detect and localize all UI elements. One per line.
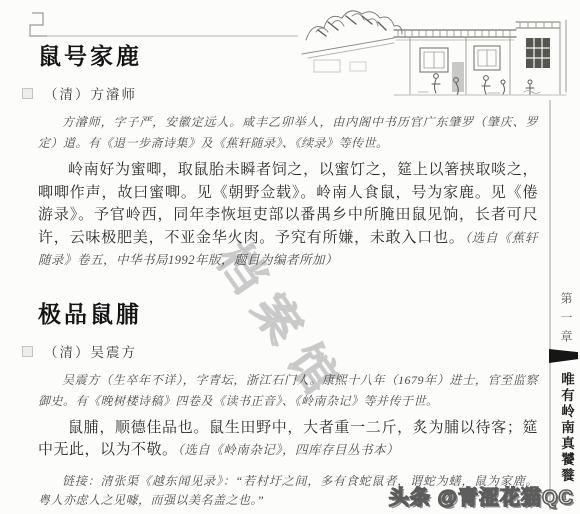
author-name-1: （清）方濬师 — [44, 87, 137, 102]
section-body-2: 鼠脯，顺德佳品也。鼠生田野中，大者重一二斤，炙为脯以待客；筵中无此，以为不敬。（… — [38, 417, 538, 462]
toutiao-watermark-badge: 头条 @青涩花猫QC — [389, 481, 574, 510]
sidebar-chapter-number: 第一章 — [558, 292, 575, 349]
author-bio-1: 方濬师，字子严，安徽定远人。咸丰乙卯举人，由内阁中书历官广东肇罗（肇庆、罗定）道… — [38, 112, 538, 154]
text-column: 鼠号家鹿 （清）方濬师 方濬师，字子严，安徽定远人。咸丰乙卯举人，由内阁中书历官… — [38, 38, 538, 511]
body-main-1: 岭南好为蜜唧，取鼠胎未瞬者饲之，以蜜饤之，筵上以箸挟取啖之，唧唧作声，故曰蜜唧。… — [38, 162, 538, 246]
sidebar-chapter-title: 唯有岭南真饕餮 — [556, 372, 576, 484]
section-title-1: 鼠号家鹿 — [38, 38, 538, 71]
author-name-2: （清）吴震方 — [44, 345, 137, 360]
book-page: 档案馆 — [0, 0, 580, 514]
source-note-2: （选自《岭南杂记》，四库存目丛书本） — [178, 443, 400, 457]
section-title-2: 极品鼠脯 — [38, 296, 538, 329]
section-body-1: 岭南好为蜜唧，取鼠胎未瞬者饲之，以蜜饤之，筵上以箸挟取啖之，唧唧作声，故曰蜜唧。… — [38, 159, 538, 272]
author-bullet-square — [22, 346, 33, 357]
author-row-1: （清）方濬师 — [38, 83, 538, 103]
author-row-2: （清）吴震方 — [38, 341, 538, 361]
author-bullet-square — [22, 88, 33, 99]
author-bio-2: 吴震方（生卒年不详），字青坛，浙江石门人。康熙十八年（1679年）进士，官至监察… — [38, 370, 538, 412]
